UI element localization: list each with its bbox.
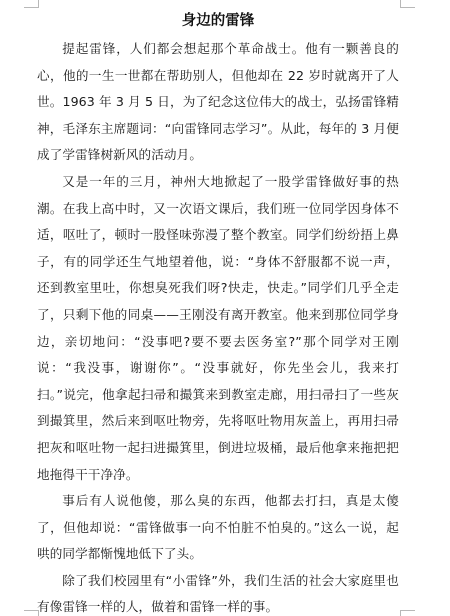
document-page: 身边的雷锋 提起雷锋，人们都会想起那个革命战士。他有一颗善良的心，他的一生一世都… — [0, 0, 450, 616]
paragraph-2: 又是一年的三月，神州大地掀起了一股学雷锋做好事的热潮。在我上高中时，又一次语文课… — [37, 169, 399, 488]
page-corner-mark-top-right — [400, 0, 415, 8]
paragraph-4: 除了我们校园里有“小雷锋”外，我们生活的社会大家庭里也有像雷锋一样的人，做着和雷… — [37, 568, 399, 616]
page-corner-mark-bottom-right — [400, 610, 415, 616]
paragraph-1: 提起雷锋，人们都会想起那个革命战士。他有一颗善良的心，他的一生一世都在帮助别人，… — [37, 36, 399, 169]
page-corner-mark-top-left — [24, 0, 39, 8]
paragraph-3: 事后有人说他傻，那么臭的东西，他都去打扫，真是太傻了，但他却说：“雷锋做事一向不… — [37, 488, 399, 568]
document-body[interactable]: 身边的雷锋 提起雷锋，人们都会想起那个革命战士。他有一颗善良的心，他的一生一世都… — [37, 8, 399, 616]
document-title: 身边的雷锋 — [37, 8, 399, 36]
